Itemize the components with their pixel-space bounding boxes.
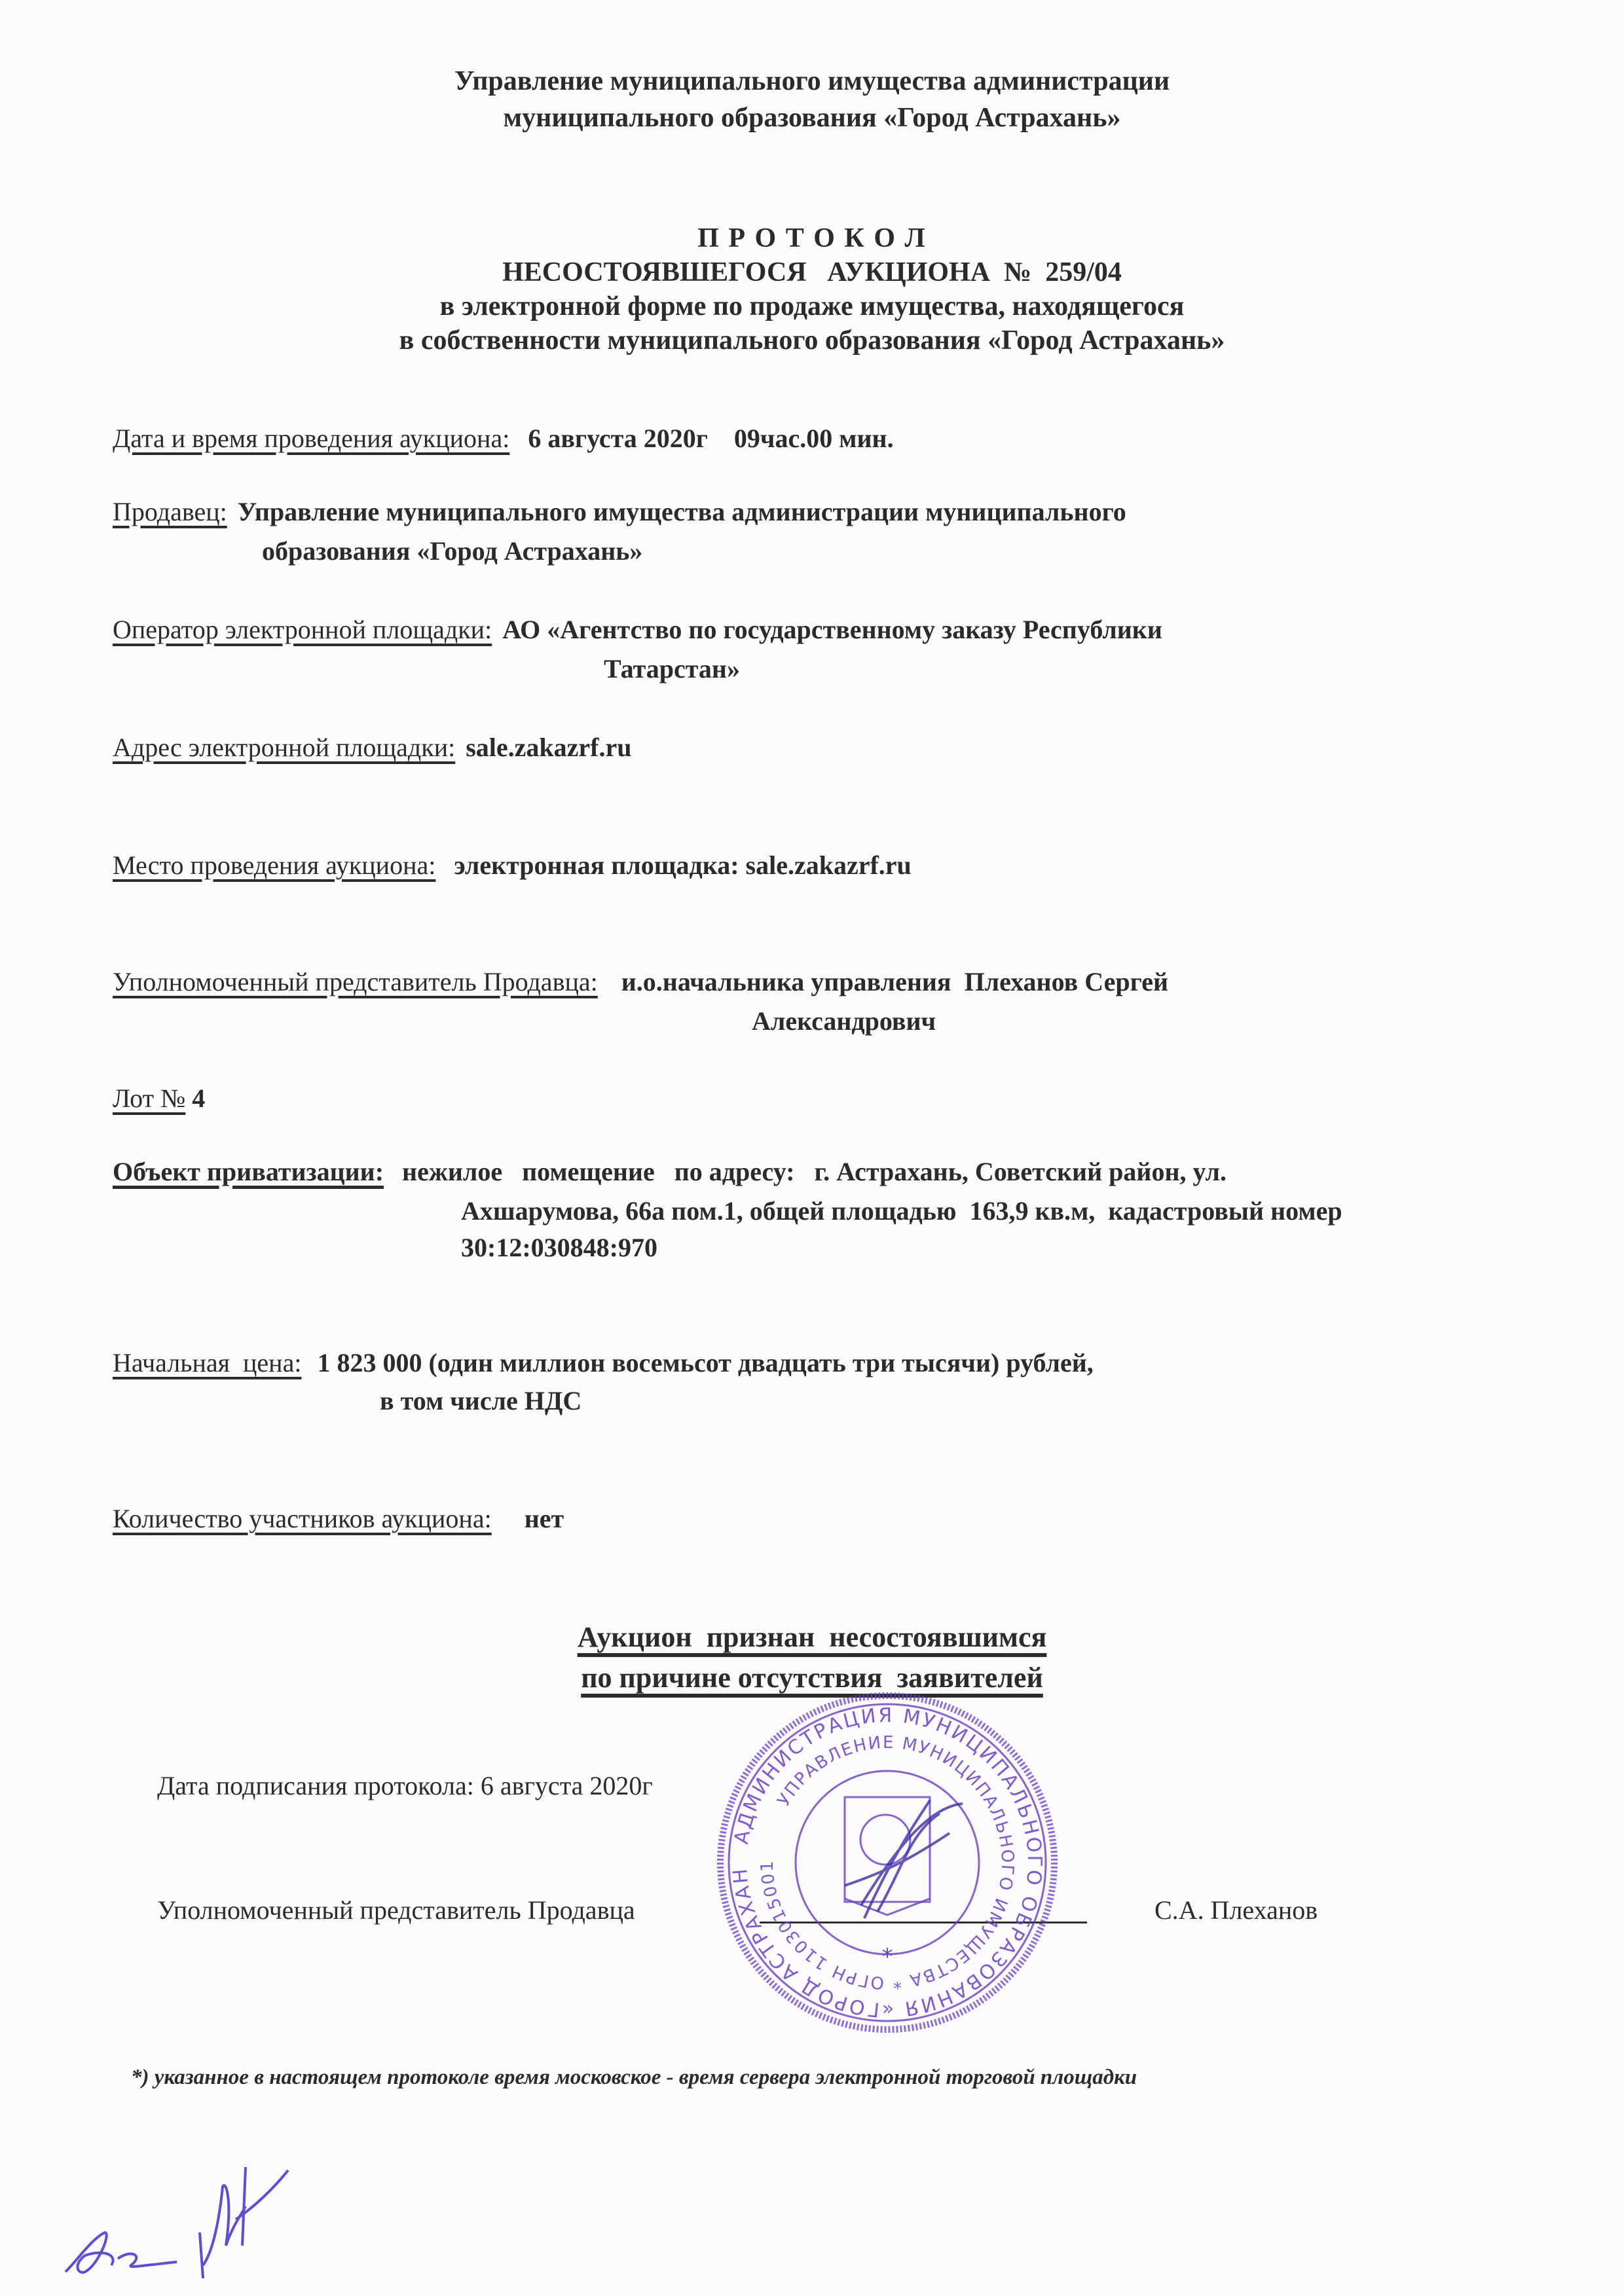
field-label: Адрес электронной площадки: bbox=[113, 733, 455, 762]
field-seller: Продавец: Управление муниципального имущ… bbox=[113, 492, 1126, 532]
protocol-title: П Р О Т О К О Л НЕСОСТОЯВШЕГОСЯ АУКЦИОНА… bbox=[0, 221, 1624, 357]
field-label: Лот № bbox=[113, 1084, 185, 1113]
field-value: АО «Агентство по государственному заказу… bbox=[502, 615, 1162, 644]
field-label: Количество участников аукциона: bbox=[113, 1504, 492, 1533]
field-value: sale.zakazrf.ru bbox=[466, 733, 631, 762]
field-label: Уполномоченный представитель Продавца: bbox=[113, 967, 598, 996]
field-label: Оператор электронной площадки: bbox=[113, 615, 492, 644]
result-line-1: Аукцион признан несостоявшимся bbox=[0, 1617, 1624, 1658]
protocol-subtitle-2: в собственности муниципального образован… bbox=[0, 323, 1624, 357]
field-representative-cont: Александрович bbox=[752, 1002, 936, 1041]
field-value: 4 bbox=[192, 1084, 205, 1113]
field-address: Адрес электронной площадки: sale.zakazrf… bbox=[113, 728, 632, 767]
field-object: Объект приватизации: нежилое помещение п… bbox=[113, 1152, 1227, 1192]
field-value: Управление муниципального имущества адми… bbox=[238, 497, 1126, 526]
field-price-cont: в том числе НДС bbox=[380, 1381, 581, 1421]
field-participants: Количество участников аукциона: нет bbox=[113, 1499, 564, 1539]
field-label: Место проведения аукциона: bbox=[113, 850, 435, 880]
field-label: Объект приватизации: bbox=[113, 1157, 384, 1186]
field-datetime: Дата и время проведения аукциона: 6 авгу… bbox=[113, 419, 894, 458]
protocol-subtitle-1: в электронной форме по продаже имущества… bbox=[0, 289, 1624, 323]
field-object-cont-1: Ахшарумова, 66а пом.1, общей площадью 16… bbox=[461, 1192, 1342, 1231]
handwritten-signature-icon bbox=[46, 2141, 308, 2285]
field-label: Дата и время проведения аукциона: bbox=[113, 424, 509, 453]
field-place: Место проведения аукциона: электронная п… bbox=[113, 846, 912, 885]
stamp-seal-icon: АДМИНИСТРАЦИЯ МУНИЦИПАЛЬНОГО ОБРАЗОВАНИЯ… bbox=[714, 1689, 1061, 2036]
signing-rep-name: С.А. Плеханов bbox=[1154, 1891, 1318, 1930]
org-header: Управление муниципального имущества адми… bbox=[0, 63, 1624, 136]
protocol-auction-number: НЕСОСТОЯВШЕГОСЯ АУКЦИОНА № 259/04 bbox=[0, 255, 1624, 289]
field-object-cont-2: 30:12:030848:970 bbox=[461, 1228, 657, 1267]
field-value: 6 августа 2020г 09час.00 мин. bbox=[528, 424, 893, 453]
field-representative: Уполномоченный представитель Продавца: и… bbox=[113, 962, 1168, 1002]
org-header-line2: муниципального образования «Город Астрах… bbox=[0, 100, 1624, 136]
footnote: *) указанное в настоящем протоколе время… bbox=[131, 2066, 1137, 2090]
protocol-word: П Р О Т О К О Л bbox=[0, 221, 1624, 255]
field-price: Начальная цена: 1 823 000 (один миллион … bbox=[113, 1343, 1094, 1383]
field-lot: Лот № 4 bbox=[113, 1079, 205, 1118]
official-stamp: АДМИНИСТРАЦИЯ МУНИЦИПАЛЬНОГО ОБРАЗОВАНИЯ… bbox=[714, 1689, 1061, 2036]
signing-date: Дата подписания протокола: 6 августа 202… bbox=[157, 1766, 653, 1806]
field-label: Начальная цена: bbox=[113, 1348, 301, 1377]
field-value: электронная площадка: sale.zakazrf.ru bbox=[454, 850, 911, 880]
field-seller-cont: образования «Город Астрахань» bbox=[262, 532, 642, 571]
signing-rep-label: Уполномоченный представитель Продавца bbox=[157, 1891, 635, 1930]
field-label: Продавец: bbox=[113, 497, 227, 526]
field-operator-cont: Татарстан» bbox=[604, 649, 740, 689]
field-value: нет bbox=[525, 1504, 564, 1533]
svg-text:*: * bbox=[882, 1944, 893, 1970]
field-value: и.о.начальника управления Плеханов Серге… bbox=[621, 967, 1168, 996]
org-header-line1: Управление муниципального имущества адми… bbox=[0, 63, 1624, 100]
field-value: нежилое помещение по адресу: г. Астрахан… bbox=[402, 1157, 1227, 1186]
field-value: 1 823 000 (один миллион восемьсот двадца… bbox=[317, 1348, 1093, 1377]
handwritten-initials bbox=[46, 2141, 308, 2285]
field-operator: Оператор электронной площадки: АО «Агент… bbox=[113, 610, 1162, 649]
auction-result: Аукцион признан несостоявшимся по причин… bbox=[0, 1617, 1624, 1698]
